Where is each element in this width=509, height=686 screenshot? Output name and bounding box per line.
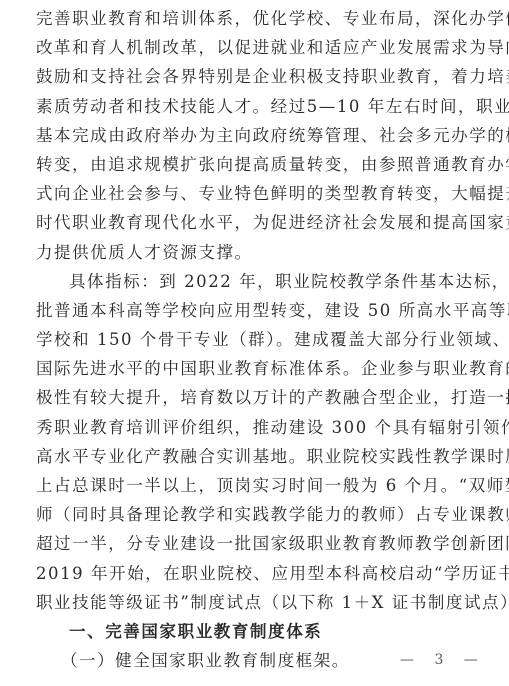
text-line: 国际先进水平的中国职业教育标准体系。企业参与职业教育的积 [36,354,474,383]
text-line: 学校和 150 个骨干专业（群）。建成覆盖大部分行业领域、具有 [36,325,474,354]
text-line: 完善职业教育和培训体系，优化学校、专业布局，深化办学体制 [36,4,474,33]
document-page: 完善职业教育和培训体系，优化学校、专业布局，深化办学体制 改革和育人机制改革，以… [36,4,474,675]
section-heading: 一、完善国家职业教育制度体系 [36,617,474,646]
paragraph-specific-indicators: 具体指标：到 2022 年，职业院校教学条件基本达标，一大 批普通本科高等学校向… [36,267,474,617]
text-line: 秀职业教育培训评价组织，推动建设 300 个具有辐射引领作用的 [36,413,474,442]
text-line: 师（同时具备理论教学和实践教学能力的教师）占专业课教师总数 [36,500,474,529]
text-line: 鼓励和支持社会各界特别是企业积极支持职业教育，着力培养高 [36,62,474,91]
text-line: 2019 年开始，在职业院校、应用型本科高校启动“学历证书＋若干 [36,559,474,588]
text-line: 素质劳动者和技术技能人才。经过5—10 年左右时间，职业教育 [36,92,474,121]
text-line: 式向企业社会参与、专业特色鲜明的类型教育转变，大幅提升新 [36,179,474,208]
text-line: 超过一半，分专业建设一批国家级职业教育教师教学创新团队。从 [36,529,474,558]
text-line: 极性有较大提升，培育数以万计的产教融合型企业，打造一批优 [36,383,474,412]
text-line: 基本完成由政府举办为主向政府统筹管理、社会多元办学的格局 [36,121,474,150]
text-line: 改革和育人机制改革，以促进就业和适应产业发展需求为导向， [36,33,474,62]
text-line: 高水平专业化产教融合实训基地。职业院校实践性教学课时原则 [36,442,474,471]
text-line: 批普通本科高等学校向应用型转变，建设 50 所高水平高等职业 [36,296,474,325]
paragraph-goals: 完善职业教育和培训体系，优化学校、专业布局，深化办学体制 改革和育人机制改革，以… [36,4,474,267]
text-line: 时代职业教育现代化水平，为促进经济社会发展和提高国家竞争 [36,208,474,237]
text-line: 转变，由追求规模扩张向提高质量转变，由参照普通教育办学模 [36,150,474,179]
page-number: — 3 — [400,652,486,668]
text-line: 职业技能等级证书”制度试点（以下称 1＋X 证书制度试点）工作。 [36,588,474,617]
text-line: 力提供优质人才资源支撑。 [36,238,474,267]
text-line: 具体指标：到 2022 年，职业院校教学条件基本达标，一大 [36,267,474,296]
text-line: 上占总课时一半以上，顶岗实习时间一般为 6 个月。“双师型”教 [36,471,474,500]
